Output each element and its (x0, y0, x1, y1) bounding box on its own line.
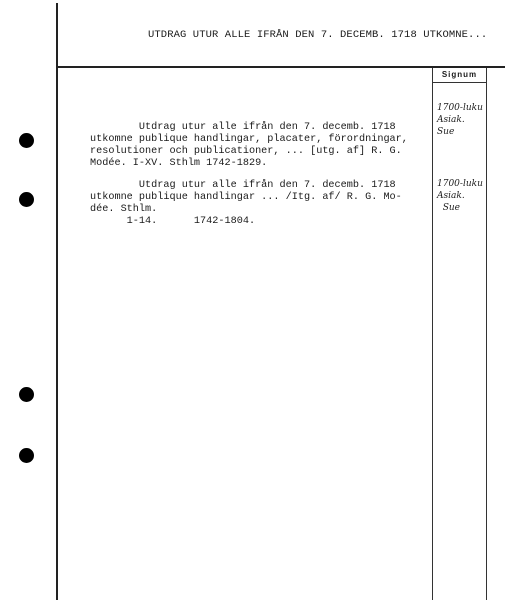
punch-hole-icon (19, 448, 34, 463)
signum-note-1: 1700-luku Asiak. Sue (437, 102, 483, 138)
card-header-title: UTDRAG UTUR ALLE IFRÅN DEN 7. DECEMB. 17… (148, 29, 487, 41)
catalog-entry-2: Utdrag utur alle ifrån den 7. decemb. 17… (90, 180, 402, 228)
punch-hole-icon (19, 133, 34, 148)
signum-header: Signum (433, 68, 486, 83)
signum-note-2: 1700-luku Asiak. Sue (437, 178, 483, 214)
punch-hole-icon (19, 387, 34, 402)
catalog-entry-1: Utdrag utur alle ifrån den 7. decemb. 17… (90, 122, 408, 170)
signum-column-left-border (432, 68, 433, 600)
card-left-border (56, 3, 58, 600)
signum-column-right-border (486, 68, 487, 600)
punch-hole-icon (19, 192, 34, 207)
